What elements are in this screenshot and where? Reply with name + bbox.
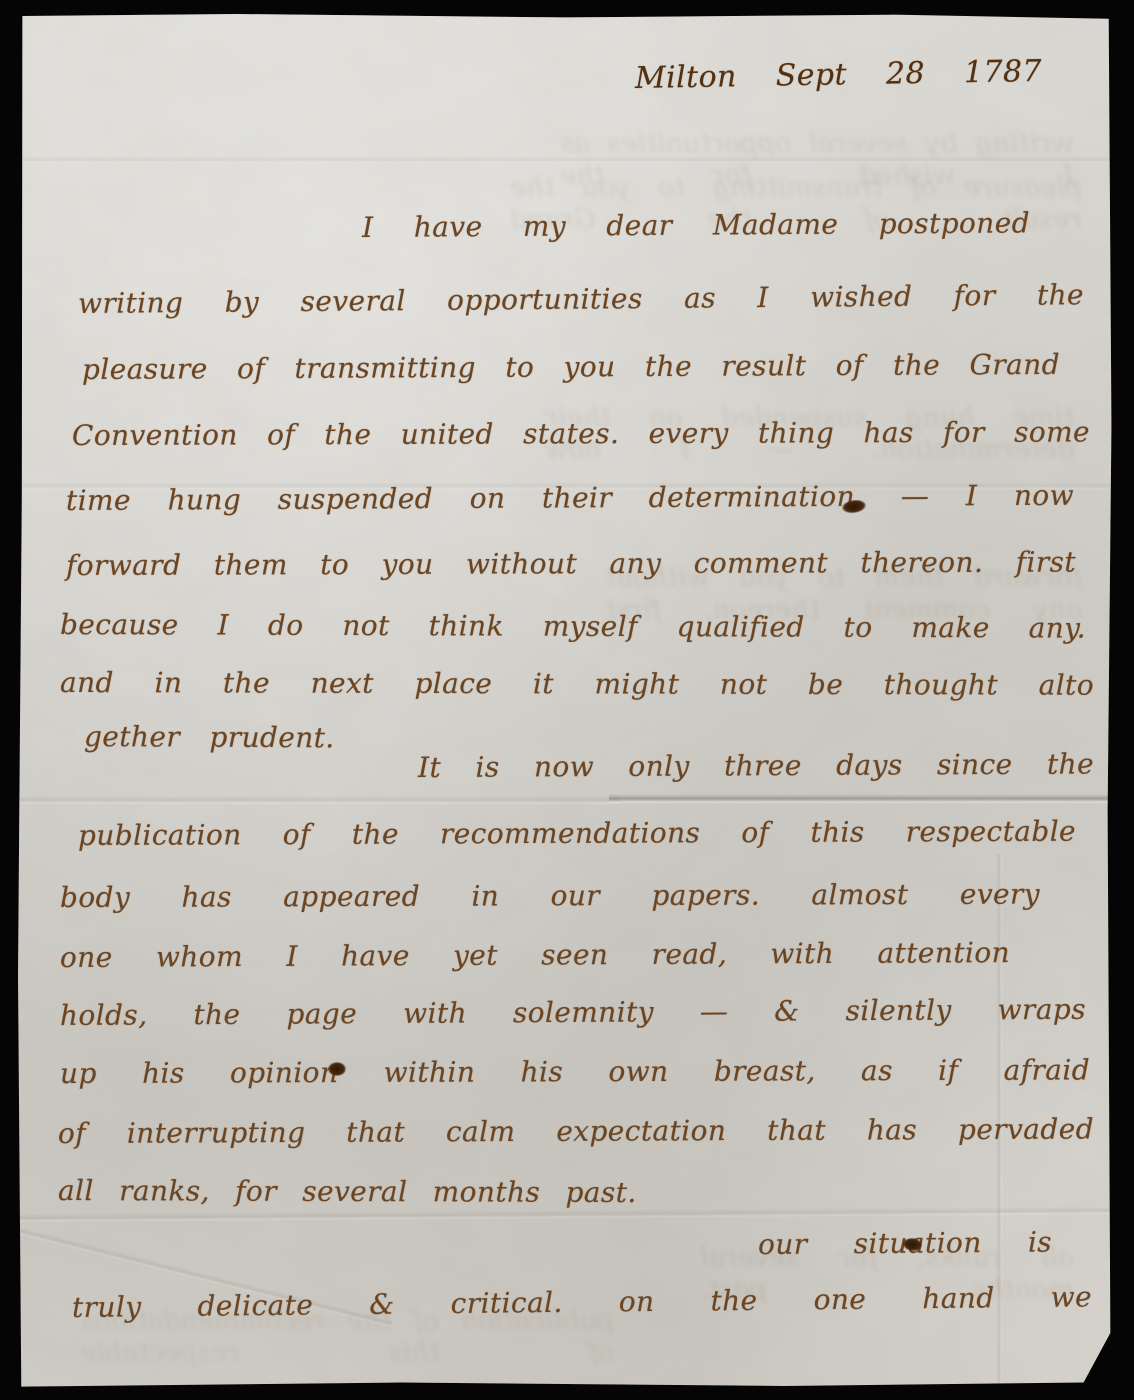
letter-line: time hung suspended on their determinati… xyxy=(66,478,1074,518)
letter-line: pleasure of transmitting to you the resu… xyxy=(82,347,1060,387)
letter-line: all ranks, for several months past. xyxy=(58,1173,637,1210)
letter-line: It is now only three days since the xyxy=(418,746,1094,785)
letter-line: I have my dear Madame postponed xyxy=(362,205,1030,245)
letter-line: holds, the page with solemnity — & silen… xyxy=(60,992,1086,1033)
letter-line: gether prudent. xyxy=(84,719,335,755)
letter-scan: writing by several opportunities as I wi… xyxy=(0,0,1134,1400)
letter-line: up his opinion within his own breast, as… xyxy=(60,1052,1090,1091)
letter-line: of interrupting that calm expectation th… xyxy=(58,1111,1094,1151)
letter-line: writing by several opportunities as I wi… xyxy=(78,277,1084,321)
letter-line: and in the next place it might not be th… xyxy=(60,665,1094,703)
letter-line: Convention of the united states. every t… xyxy=(72,414,1090,453)
letter-dateline: Milton Sept 28 1787 xyxy=(635,53,1043,98)
letter-line: because I do not think myself qualified … xyxy=(60,607,1086,646)
letter-line: our situation is xyxy=(758,1224,1052,1262)
letter-line: body has appeared in our papers. almost … xyxy=(60,877,1040,915)
letter-line: one whom I have yet seen read, with atte… xyxy=(60,935,1010,975)
letter-line: truly delicate & critical. on the one ha… xyxy=(72,1279,1092,1325)
letter-body: Milton Sept 28 1787 I have my dear Madam… xyxy=(0,0,1134,1400)
letter-line: publication of the recommendations of th… xyxy=(78,814,1076,853)
letter-line: forward them to you without any comment … xyxy=(66,544,1076,583)
